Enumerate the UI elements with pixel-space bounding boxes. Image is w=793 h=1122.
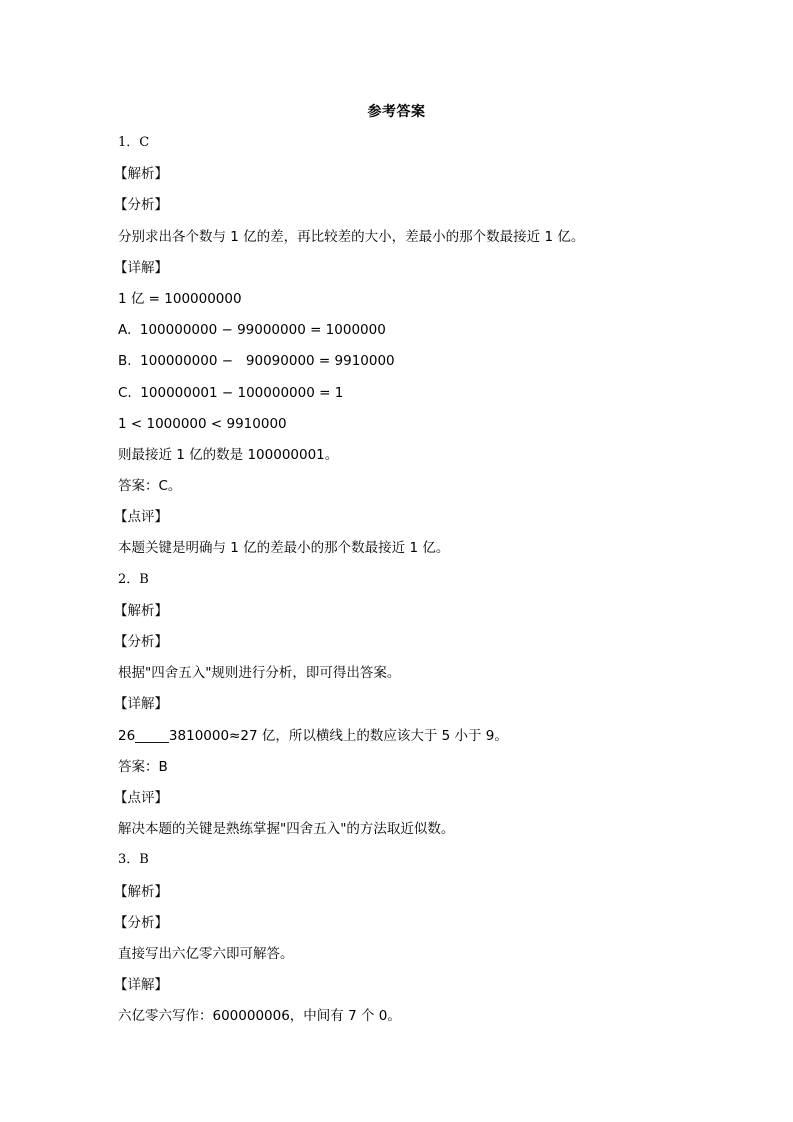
analysis-text: 分别求出各个数与 1 亿的差，再比较差的大小，差最小的那个数最接近 1 亿。 — [118, 228, 698, 259]
detail-line: 六亿零六写作：600000006，中间有 7 个 0。 — [118, 1007, 698, 1038]
section-heading-fenxi: 【分析】 — [114, 196, 698, 227]
section-heading-dianping: 【点评】 — [114, 789, 698, 820]
analysis-text: 根据"四舍五入"规则进行分析，即可得出答案。 — [118, 664, 698, 695]
detail-line: 26_____3810000≈27 亿，所以横线上的数应该大于 5 小于 9。 — [118, 727, 698, 758]
answer-line: 答案：C。 — [118, 477, 698, 508]
detail-line: C. 100000001 − 100000000 = 1 — [118, 384, 698, 415]
detail-line: 1 亿 = 100000000 — [118, 290, 698, 321]
detail-line: 则最接近 1 亿的数是 100000001。 — [118, 446, 698, 477]
analysis-text: 直接写出六亿零六即可解答。 — [118, 945, 698, 976]
section-heading-jiexi: 【解析】 — [114, 602, 698, 633]
document-page: 参考答案 1．C 【解析】 【分析】 分别求出各个数与 1 亿的差，再比较差的大… — [0, 0, 793, 1122]
section-heading-jiexi: 【解析】 — [114, 883, 698, 914]
page-title: 参考答案 — [0, 103, 793, 121]
comment-text: 本题关键是明确与 1 亿的差最小的那个数最接近 1 亿。 — [118, 539, 698, 570]
section-heading-dianping: 【点评】 — [114, 508, 698, 539]
question-number-1: 1．C — [118, 134, 698, 165]
section-heading-xiangjie: 【详解】 — [114, 976, 698, 1007]
section-heading-xiangjie: 【详解】 — [114, 259, 698, 290]
detail-line: A. 100000000 − 99000000 = 1000000 — [118, 321, 698, 352]
section-heading-fenxi: 【分析】 — [114, 633, 698, 664]
question-number-2: 2．B — [118, 571, 698, 602]
section-heading-fenxi: 【分析】 — [114, 914, 698, 945]
detail-line: 1 < 1000000 < 9910000 — [118, 415, 698, 446]
answer-line: 答案：B — [118, 758, 698, 789]
section-heading-jiexi: 【解析】 — [114, 165, 698, 196]
comment-text: 解决本题的关键是熟练掌握"四舍五入"的方法取近似数。 — [118, 820, 698, 851]
question-number-3: 3．B — [118, 851, 698, 882]
answer-body: 1．C 【解析】 【分析】 分别求出各个数与 1 亿的差，再比较差的大小，差最小… — [118, 134, 698, 1038]
section-heading-xiangjie: 【详解】 — [114, 695, 698, 726]
detail-line: B. 100000000 − 90090000 = 9910000 — [118, 352, 698, 383]
